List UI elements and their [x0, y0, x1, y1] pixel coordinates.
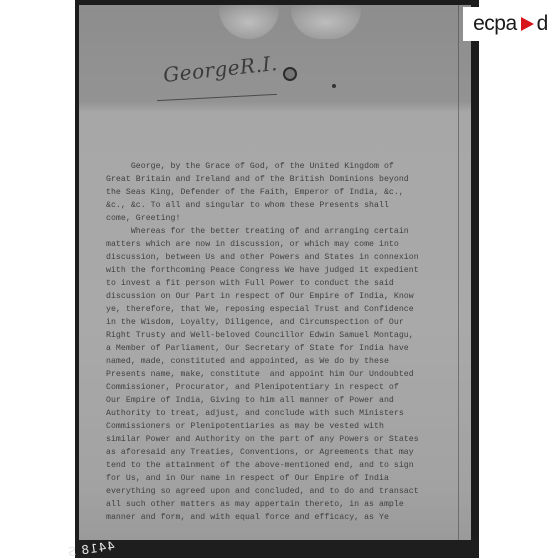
emulsion-stain [219, 5, 279, 39]
document-line: Commissioner, Procurator, and Plenipoten… [106, 381, 466, 394]
document-line: a Member of Parliament, Our Secretary of… [106, 342, 466, 355]
document-line: discussion, between Us and other Powers … [106, 251, 466, 264]
document-line: ye, therefore, that We, reposing especia… [106, 303, 466, 316]
document-line: &c., &c. To all and singular to whom the… [106, 199, 466, 212]
document-line: all such other matters as may appertain … [106, 498, 466, 511]
document-body: George, by the Grace of God, of the Unit… [106, 160, 466, 524]
document-line: as aforesaid any Treaties, Conventions, … [106, 446, 466, 459]
play-arrow-icon [521, 17, 534, 31]
plate-bottom-edge: 4418 S [75, 540, 479, 558]
document-sheet: GeorgeR.I. George, by the Grace of God, … [79, 5, 471, 541]
document-line: for Us, and in Our name in respect of Ou… [106, 472, 466, 485]
document-line: Commissioners or Plenipotentiaries as ma… [106, 420, 466, 433]
document-line: matters which are now in discussion, or … [106, 238, 466, 251]
document-line: Our Empire of India, Giving to him all m… [106, 394, 466, 407]
document-line: discussion on Our Part in respect of Our… [106, 290, 466, 303]
plate-blemish [283, 67, 297, 81]
document-line: come, Greeting! [106, 212, 466, 225]
plate-number: 4418 S [66, 539, 115, 558]
document-line: everything so agreed upon and concluded,… [106, 485, 466, 498]
ecpad-logo: ecpa d [463, 7, 558, 41]
logo-text-d: d [537, 12, 548, 36]
emulsion-stain [291, 5, 361, 39]
document-line: George, by the Grace of God, of the Unit… [106, 160, 466, 173]
document-line: with the forthcoming Peace Congress We h… [106, 264, 466, 277]
document-line: to invest a fit person with Full Power t… [106, 277, 466, 290]
document-line: tend to the attainment of the above-ment… [106, 459, 466, 472]
document-line: Whereas for the better treating of and a… [106, 225, 466, 238]
document-line: manner and form, and with equal force an… [106, 511, 466, 524]
signature-underline [157, 94, 277, 101]
logo-text-ecpa: ecpa [473, 12, 517, 36]
document-line: in the Wisdom, Loyalty, Diligence, and C… [106, 316, 466, 329]
document-line: Right Trusty and Well-beloved Councillor… [106, 329, 466, 342]
document-line: the Seas King, Defender of the Faith, Em… [106, 186, 466, 199]
document-line: Great Britain and Ireland and of the Bri… [106, 173, 466, 186]
royal-signature: GeorgeR.I. [162, 51, 279, 87]
plate-blemish [332, 84, 336, 88]
document-line: named, made, constituted and appointed, … [106, 355, 466, 368]
glass-plate-photograph: GeorgeR.I. George, by the Grace of God, … [75, 0, 479, 558]
document-line: similar Power and Authority on the part … [106, 433, 466, 446]
document-line: Authority to treat, adjust, and conclude… [106, 407, 466, 420]
document-line: Presents name, make, constitute and appo… [106, 368, 466, 381]
